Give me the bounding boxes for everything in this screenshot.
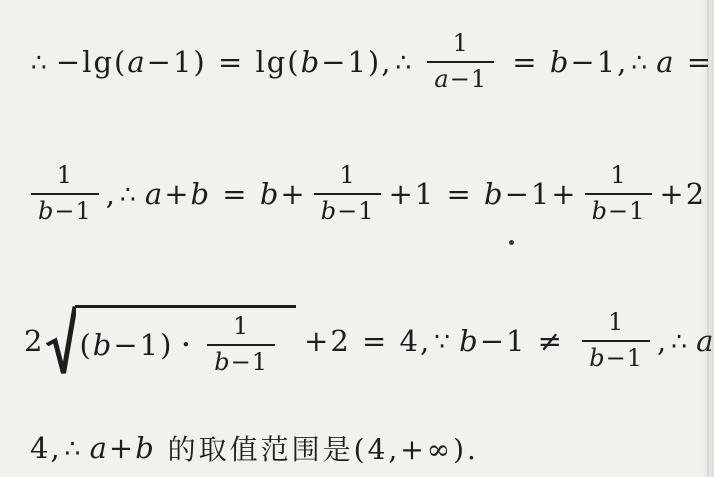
- math-token: −1,: [570, 45, 628, 79]
- variable-b: b: [321, 197, 337, 225]
- math-token: −1),: [321, 45, 392, 79]
- math-token: −1: [450, 65, 487, 93]
- denominator: b−1: [585, 195, 653, 226]
- therefore-symbol: ∴: [120, 180, 136, 209]
- page-edge-shadow: [702, 0, 714, 477]
- ink-speck: [509, 240, 514, 245]
- conclusion-text: 的取值范围是(4,+∞).: [156, 428, 479, 468]
- math-token: =: [211, 177, 260, 211]
- math-token: −1): [113, 328, 173, 362]
- fraction: 1 b−1: [582, 309, 650, 372]
- fraction: 1 b−1: [314, 162, 382, 225]
- numerator: 1: [31, 162, 99, 195]
- scanned-math-page: ∴ −lg( a −1) = lg( b −1), ∴ 1 a−1 = b −1…: [0, 0, 714, 477]
- numerator: 1: [582, 309, 650, 342]
- math-token: 4,: [30, 431, 62, 465]
- variable-a: a: [90, 431, 109, 465]
- variable-a: a: [145, 177, 164, 211]
- numerator: 1: [427, 30, 494, 63]
- variable-b: b: [93, 328, 114, 362]
- math-token: +: [164, 177, 190, 211]
- math-token: −1 ≠: [480, 324, 576, 358]
- fraction: 1 a−1: [427, 30, 494, 93]
- therefore-symbol: ∴: [395, 48, 411, 77]
- math-token: +: [280, 177, 306, 211]
- numerator: 1: [314, 162, 382, 195]
- multiplication-dot: •: [181, 336, 192, 354]
- math-token: +1 =: [388, 177, 484, 211]
- math-token: ,: [106, 177, 117, 211]
- math-token: +: [109, 431, 135, 465]
- variable-b: b: [191, 177, 212, 211]
- therefore-symbol: ∴: [631, 48, 647, 77]
- variable-b: b: [589, 344, 605, 372]
- denominator: b−1: [582, 342, 650, 373]
- math-line-2: 1 b−1 , ∴ a + b = b + 1 b−1 +1 = b −1+ 1…: [24, 158, 714, 230]
- math-line-1: ∴ −lg( a −1) = lg( b −1), ∴ 1 a−1 = b −1…: [28, 28, 714, 96]
- denominator: a−1: [427, 63, 494, 94]
- because-symbol: ∵: [434, 327, 450, 356]
- variable-b: b: [592, 197, 608, 225]
- square-root: ( b −1) • 1 b−1: [46, 305, 296, 376]
- variable-b: b: [38, 197, 54, 225]
- math-token: (: [79, 328, 92, 362]
- math-token: −1: [606, 344, 643, 372]
- math-token: −1+: [505, 177, 578, 211]
- variable-b: b: [550, 45, 571, 79]
- therefore-symbol: ∴: [671, 327, 687, 356]
- math-token: −1: [231, 348, 268, 376]
- variable-b: b: [135, 431, 156, 465]
- math-token: −lg(: [56, 45, 127, 79]
- variable-b: b: [214, 348, 230, 376]
- fraction: 1 b−1: [31, 162, 99, 225]
- denominator: b−1: [314, 195, 382, 226]
- denominator: b−1: [207, 346, 275, 377]
- therefore-symbol: ∴: [65, 434, 81, 463]
- math-line-4: 4, ∴ a + b 的取值范围是(4,+∞).: [30, 426, 479, 470]
- math-token: =: [501, 45, 550, 79]
- math-token: 2: [24, 324, 44, 358]
- variable-b: b: [484, 177, 505, 211]
- math-token: −1) = lg(: [147, 45, 301, 79]
- math-token: −1: [337, 197, 374, 225]
- denominator: b−1: [31, 195, 99, 226]
- math-line-3: 2 ( b −1) • 1 b−1 +2 = 4, ∵ b −1 ≠ 1 b−1: [24, 298, 714, 384]
- math-token: −1: [54, 197, 91, 225]
- variable-a: a: [434, 65, 449, 93]
- numerator: 1: [207, 313, 275, 346]
- variable-a: a: [127, 45, 146, 79]
- math-token: +2 = 4,: [304, 324, 431, 358]
- numerator: 1: [585, 162, 653, 195]
- variable-b: b: [459, 324, 480, 358]
- variable-b: b: [260, 177, 281, 211]
- variable-b: b: [301, 45, 322, 79]
- fraction: 1 b−1: [207, 313, 275, 376]
- radicand: ( b −1) • 1 b−1: [75, 305, 296, 376]
- fraction: 1 b−1: [585, 162, 653, 225]
- math-token: −1: [608, 197, 645, 225]
- variable-a: a: [656, 45, 675, 79]
- radical-sign-icon: [46, 305, 76, 376]
- therefore-symbol: ∴: [31, 48, 47, 77]
- math-token: ,: [657, 324, 668, 358]
